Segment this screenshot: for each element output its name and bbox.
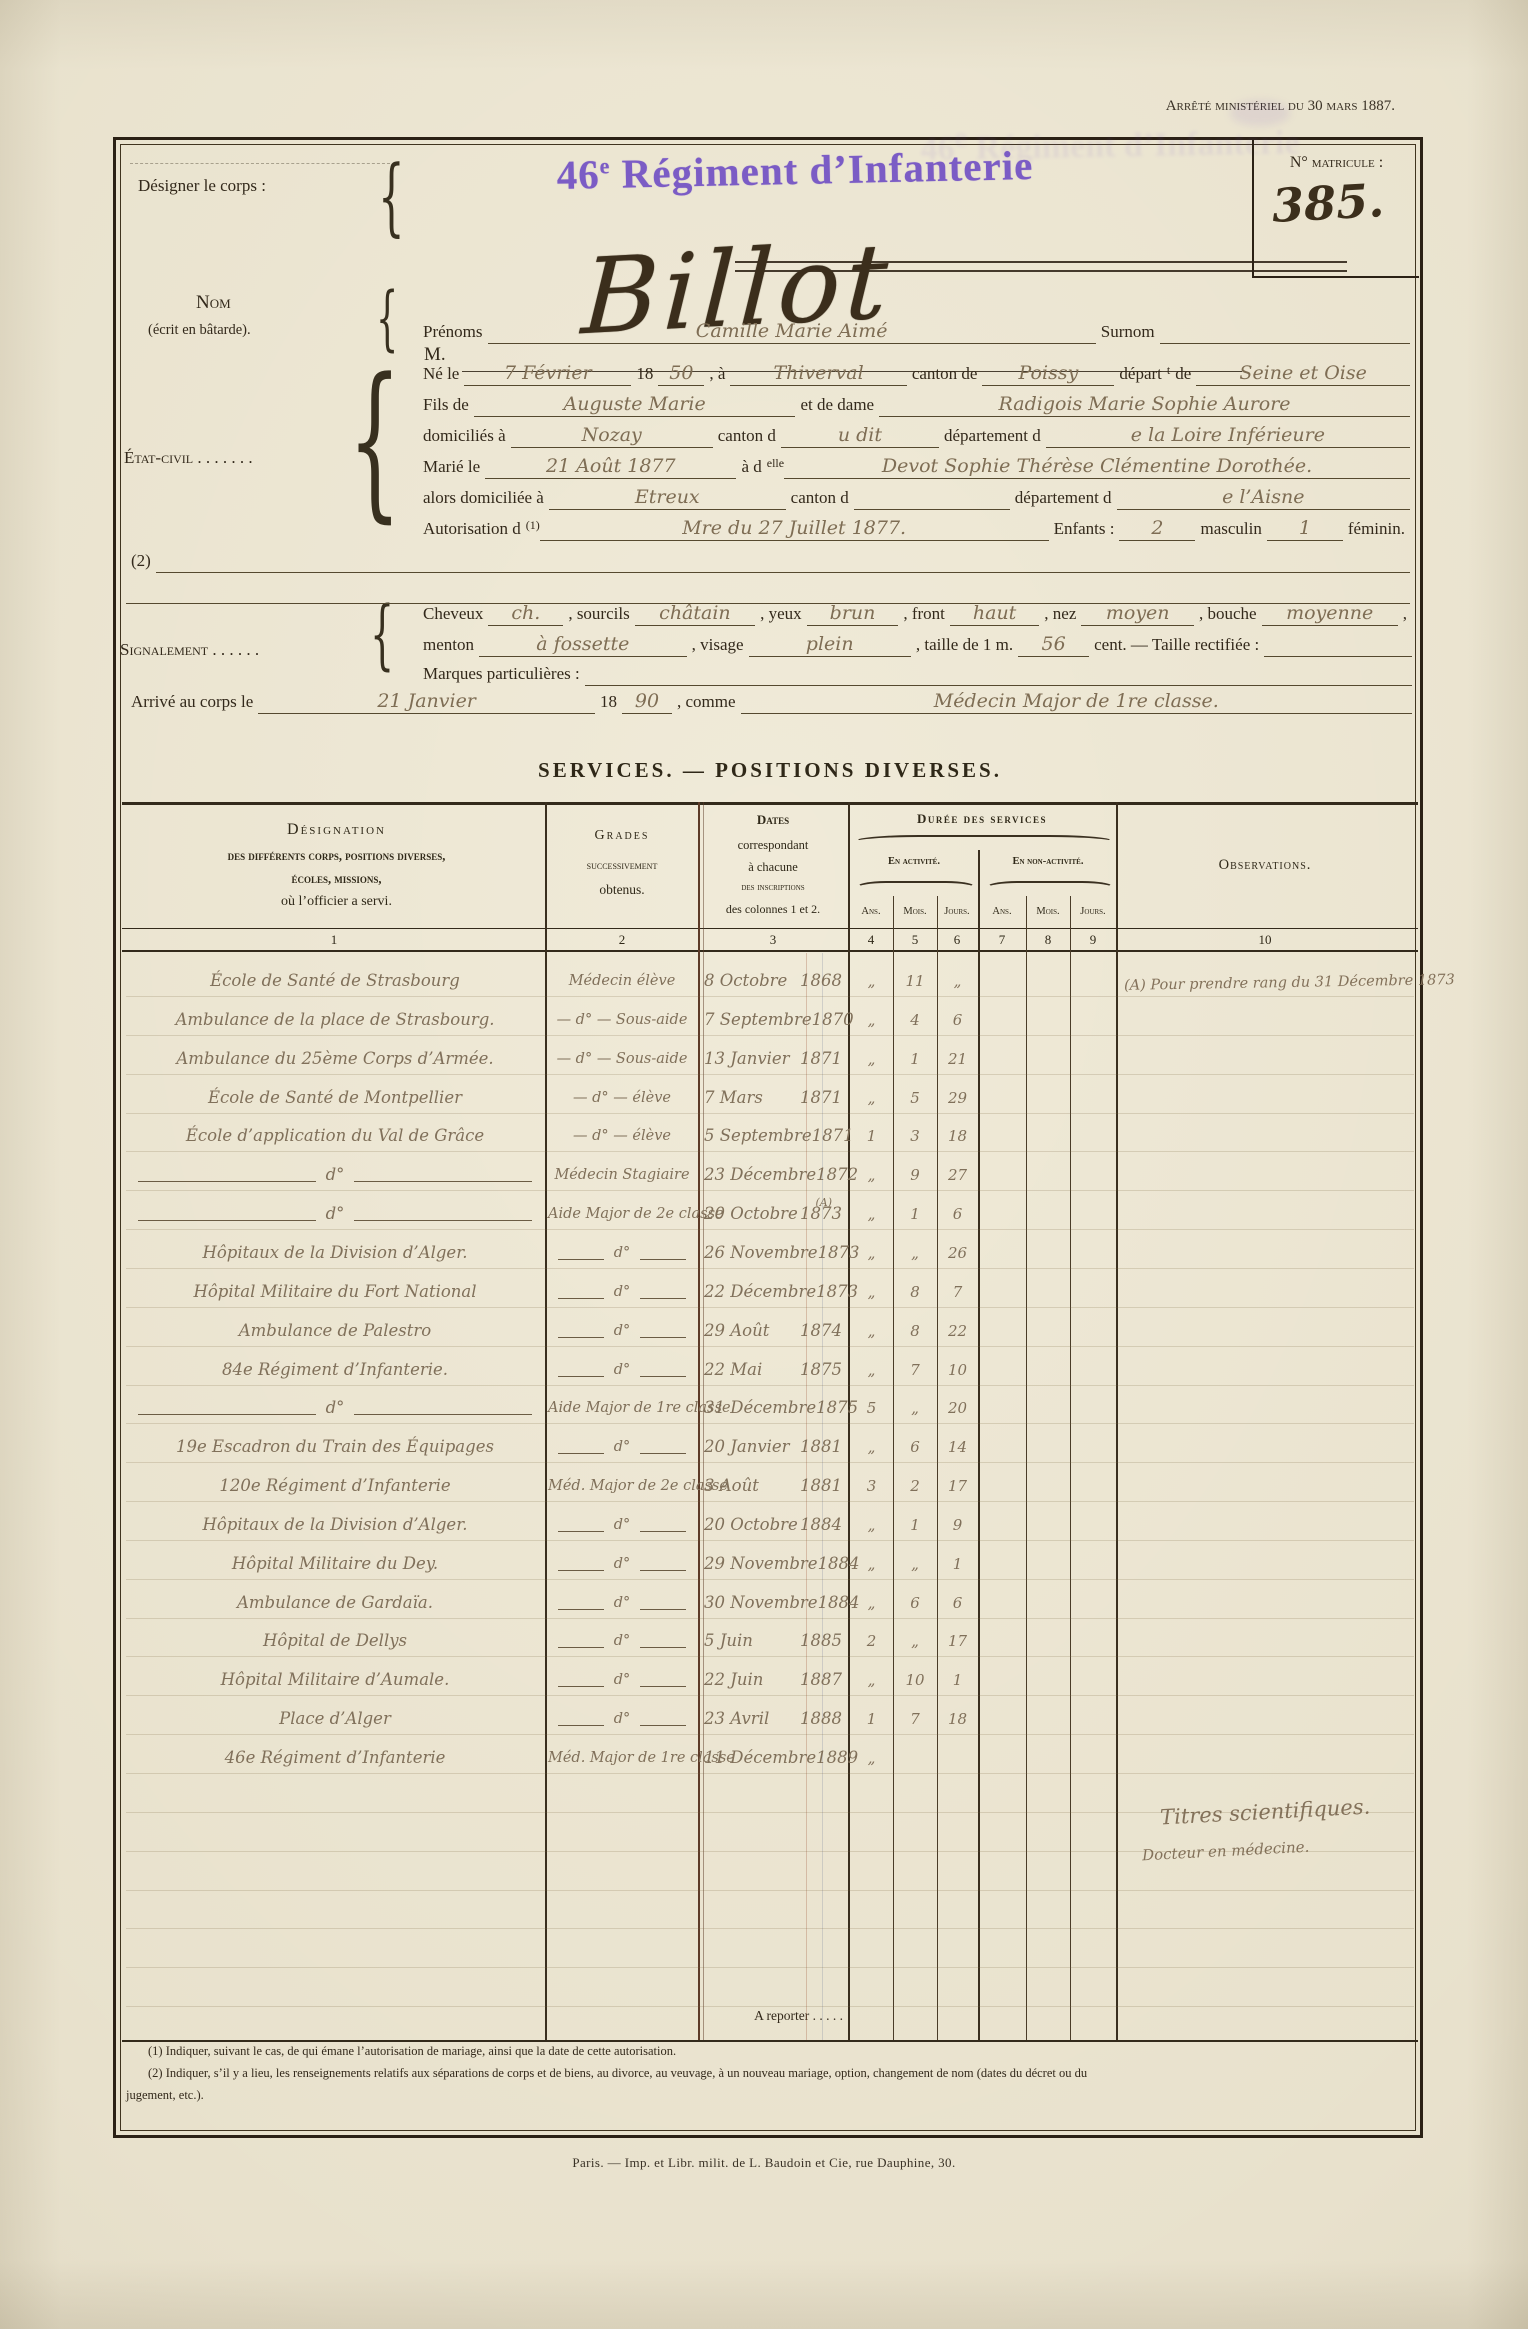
grade-cell: d° bbox=[548, 1238, 696, 1268]
table-vertical-line bbox=[545, 802, 547, 2040]
duration-value: 10 bbox=[937, 1355, 978, 1385]
duration-value: 9 bbox=[937, 1510, 978, 1540]
grade-cell: d° bbox=[548, 1316, 696, 1346]
handwritten-value: u dit bbox=[781, 424, 939, 448]
handwritten-value: Thiverval bbox=[730, 362, 906, 386]
printed-label: 18 bbox=[595, 690, 622, 714]
date-value: 22 Décembre bbox=[704, 1277, 816, 1307]
ditto-mark: d° bbox=[614, 1549, 631, 1579]
handwritten-value: à fossette bbox=[479, 633, 687, 657]
date-cell: 22 Décembre1873 bbox=[704, 1277, 842, 1307]
duration-value: 22 bbox=[937, 1316, 978, 1346]
duration-value: 1 bbox=[893, 1510, 937, 1540]
date-cell: 23 Avril1888 bbox=[704, 1704, 842, 1734]
grade-cell: — d° — Sous-aide bbox=[548, 1005, 696, 1035]
matricule-value: 385. bbox=[1271, 173, 1386, 233]
duration-value: 1 bbox=[850, 1121, 893, 1151]
feint-guide-line bbox=[126, 2006, 1414, 2007]
duree-header: Durée des services bbox=[850, 811, 1114, 827]
ditto-rule bbox=[558, 1375, 604, 1377]
table-horizontal-line bbox=[122, 928, 1418, 929]
year-value: 1881 bbox=[800, 1471, 842, 1501]
duration-value: 6 bbox=[893, 1588, 937, 1618]
feint-guide-line bbox=[126, 1618, 1414, 1619]
printed-label: , sourcils bbox=[563, 602, 634, 626]
form-line: Marié le21 Août 1877à delleDevot Sophie … bbox=[418, 451, 1410, 479]
printed-label: canton d bbox=[713, 424, 781, 448]
ditto-rule bbox=[558, 1646, 604, 1648]
footnote-1: (1) Indiquer, suivant le cas, de qui éma… bbox=[148, 2044, 676, 2059]
printed-label: et de dame bbox=[795, 393, 879, 417]
ditto-rule bbox=[640, 1297, 686, 1299]
duration-value: „ bbox=[937, 966, 978, 996]
date-value: 30 Novembre bbox=[704, 1588, 818, 1618]
date-value: 7 Septembre bbox=[704, 1005, 812, 1035]
grade-cell: Médecin Stagiaire bbox=[548, 1160, 696, 1190]
date-value: 7 Mars bbox=[704, 1083, 763, 1113]
stamp-number: 46 bbox=[556, 151, 600, 198]
duration-value: 11 bbox=[893, 966, 937, 996]
ditto-mark: d° bbox=[614, 1510, 631, 1540]
duration-unit-label: Ans. bbox=[978, 906, 1026, 917]
form-line: domiciliés àNozaycanton du ditdépartemen… bbox=[418, 420, 1410, 448]
grade-cell: — d° — élève bbox=[548, 1121, 696, 1151]
handwritten-value: Médecin Major de 1re classe. bbox=[741, 690, 1412, 714]
printed-superscript: elle bbox=[767, 456, 784, 471]
ditto-rule bbox=[138, 1413, 316, 1415]
printed-label: à d bbox=[736, 455, 766, 479]
duration-value: „ bbox=[893, 1549, 937, 1579]
feint-guide-line bbox=[126, 1967, 1414, 1968]
ditto-mark: d° bbox=[614, 1432, 631, 1462]
column-number: 3 bbox=[749, 932, 797, 948]
form-line: PrénomsCamille Marie AiméSurnom bbox=[418, 316, 1410, 344]
grade-cell: d° bbox=[548, 1704, 696, 1734]
form-line: Marques particulières : bbox=[418, 658, 1412, 686]
printed-label: Cheveux bbox=[418, 602, 488, 626]
nom-label: Nom bbox=[196, 292, 231, 314]
printed-label: de bbox=[1170, 362, 1196, 386]
feint-guide-line bbox=[126, 1928, 1414, 1929]
grade-cell: d° bbox=[548, 1626, 696, 1656]
duration-value: „ bbox=[850, 1432, 893, 1462]
designation-cell: Ambulance du 25ème Corps d’Armée. bbox=[128, 1044, 542, 1074]
date-value: 20 Janvier bbox=[704, 1432, 790, 1462]
column-number: 2 bbox=[598, 932, 646, 948]
brace-etat-civil bbox=[348, 348, 401, 533]
date-cell: 29 Novembre1884 bbox=[704, 1549, 842, 1579]
feint-guide-line bbox=[126, 1540, 1414, 1541]
stamp-text: Régiment d’Infanterie bbox=[610, 142, 1034, 197]
date-cell: 11 Décembre1889 bbox=[704, 1743, 842, 1773]
printed-label: , comme bbox=[672, 690, 741, 714]
date-value: 29 Août bbox=[704, 1316, 769, 1346]
year-value: 1888 bbox=[800, 1704, 842, 1734]
ditto-rule bbox=[558, 1258, 604, 1260]
date-value: 20 Octobre bbox=[704, 1510, 798, 1540]
handwritten-value: e la Loire Inférieure bbox=[1046, 424, 1410, 448]
date-cell: 20 Octobre1884 bbox=[704, 1510, 842, 1540]
table-vertical-line bbox=[978, 850, 980, 2040]
date-value: 23 Décembre bbox=[704, 1160, 816, 1190]
grade-cell: d° bbox=[548, 1549, 696, 1579]
duration-value: „ bbox=[850, 1044, 893, 1074]
ministerial-decree-note: Arrêté ministériel du 30 mars 1887. bbox=[1035, 98, 1395, 115]
printed-label: Marié le bbox=[418, 455, 485, 479]
printer-imprint: Paris. — Imp. et Libr. milit. de L. Baud… bbox=[0, 2155, 1528, 2171]
ditto-mark: d° bbox=[614, 1626, 631, 1656]
year-value: 1874 bbox=[800, 1316, 842, 1346]
matricule-label: N° matricule : bbox=[1254, 154, 1419, 172]
duration-value: „ bbox=[850, 1510, 893, 1540]
designation-cell: 19e Escadron du Train des Équipages bbox=[128, 1432, 542, 1462]
col2-sub1: successivement bbox=[548, 860, 696, 872]
handwritten-value: Radigois Marie Sophie Aurore bbox=[879, 393, 1410, 417]
date-value: 22 Juin bbox=[704, 1665, 763, 1695]
rank-note-mark: (A) bbox=[815, 1188, 832, 1218]
table-vertical-line bbox=[1026, 896, 1027, 2040]
activite-brace bbox=[856, 881, 976, 894]
ditto-rule bbox=[640, 1569, 686, 1571]
table-horizontal-line bbox=[122, 2040, 1418, 2042]
duration-value: „ bbox=[850, 1316, 893, 1346]
date-cell: 5 Septembre1871 bbox=[704, 1121, 842, 1151]
ditto-mark: d° bbox=[614, 1704, 631, 1734]
feint-guide-line bbox=[126, 1268, 1414, 1269]
non-activite-header: En non-activité. bbox=[980, 856, 1116, 867]
printed-label: , yeux bbox=[755, 602, 807, 626]
designation-cell: Hôpitaux de la Division d’Alger. bbox=[128, 1238, 542, 1268]
column-number: 8 bbox=[1024, 932, 1072, 948]
year-value: 1885 bbox=[800, 1626, 842, 1656]
column-number: 9 bbox=[1069, 932, 1117, 948]
printed-label: cent. — Taille rectifiée : bbox=[1089, 633, 1264, 657]
year-value: 1884 bbox=[800, 1510, 842, 1540]
duration-value: 6 bbox=[937, 1199, 978, 1229]
handwritten-value: 1 bbox=[1267, 517, 1343, 541]
form-line: mentonà fossette, visageplein, taille de… bbox=[418, 629, 1412, 657]
printed-label: féminin. bbox=[1343, 517, 1410, 541]
feint-guide-line bbox=[126, 1113, 1414, 1114]
duration-value: „ bbox=[850, 1665, 893, 1695]
duration-value: 1 bbox=[850, 1704, 893, 1734]
column-number: 10 bbox=[1241, 932, 1289, 948]
ditto-rule bbox=[558, 1452, 604, 1454]
printed-label: Né le bbox=[418, 362, 464, 386]
reporter-label: A reporter . . . . . bbox=[695, 2008, 843, 2024]
duration-value: „ bbox=[893, 1238, 937, 1268]
feint-guide-line bbox=[126, 1229, 1414, 1230]
col2-sub2: obtenus. bbox=[548, 882, 696, 898]
printed-label: Enfants : bbox=[1049, 517, 1120, 541]
ditto-rule bbox=[640, 1336, 686, 1338]
duration-value: 7 bbox=[937, 1277, 978, 1307]
grade-cell: — d° — Sous-aide bbox=[548, 1044, 696, 1074]
handwritten-value: 56 bbox=[1018, 633, 1089, 657]
duration-value: 3 bbox=[850, 1471, 893, 1501]
ditto-rule bbox=[558, 1530, 604, 1532]
grade-cell: d° bbox=[548, 1665, 696, 1695]
table-horizontal-line bbox=[122, 802, 1418, 805]
ditto-rule bbox=[640, 1530, 686, 1532]
handwritten-value: 7 Février bbox=[464, 362, 631, 386]
form-line: Arrivé au corps le21 Janvier1890, commeM… bbox=[126, 686, 1412, 714]
col3-sub3: des inscriptions bbox=[700, 882, 846, 893]
grade-cell: Aide Major de 2e classe bbox=[548, 1199, 696, 1229]
duration-value: 18 bbox=[937, 1121, 978, 1151]
grade-cell: — d° — élève bbox=[548, 1083, 696, 1113]
duration-unit-label: Jours. bbox=[1069, 906, 1117, 917]
column-number: 5 bbox=[891, 932, 939, 948]
duration-value: „ bbox=[850, 1743, 893, 1773]
printed-label: département d bbox=[1010, 486, 1117, 510]
duration-value: „ bbox=[850, 1160, 893, 1190]
feint-guide-line bbox=[126, 1307, 1414, 1308]
handwritten-value: moyenne bbox=[1262, 602, 1398, 626]
date-cell: 31 Décembre1875 bbox=[704, 1393, 842, 1423]
form-line: Fils deAuguste Marieet de dameRadigois M… bbox=[418, 389, 1410, 417]
ditto-rule bbox=[640, 1608, 686, 1610]
designation-cell: 120e Régiment d’Infanterie bbox=[128, 1471, 542, 1501]
year-value: 1887 bbox=[800, 1665, 842, 1695]
duration-value: 4 bbox=[893, 1005, 937, 1035]
duration-unit-label: Mois. bbox=[891, 906, 939, 917]
designation-cell: Place d’Alger bbox=[128, 1704, 542, 1734]
ditto-mark: d° bbox=[326, 1199, 345, 1229]
year-value: 1871 bbox=[800, 1083, 842, 1113]
col1-sub3: où l’officier a servi. bbox=[128, 894, 545, 910]
date-cell: 3 Août1881 bbox=[704, 1471, 842, 1501]
printed-label: , bbox=[1398, 602, 1412, 626]
duration-value: „ bbox=[850, 1588, 893, 1618]
table-title: SERVICES. — POSITIONS DIVERSES. bbox=[420, 758, 1120, 783]
handwritten-value: 90 bbox=[622, 690, 672, 714]
printed-label: , taille de 1 m. bbox=[911, 633, 1018, 657]
blank-line bbox=[156, 548, 1410, 573]
ink-smudge bbox=[1230, 100, 1290, 126]
date-cell: 22 Juin1887 bbox=[704, 1665, 842, 1695]
date-cell: 29 Août1874 bbox=[704, 1316, 842, 1346]
year-value: 1871 bbox=[800, 1044, 842, 1074]
duration-value: 17 bbox=[937, 1626, 978, 1656]
printed-label: , à bbox=[704, 362, 730, 386]
grade-cell: d° bbox=[548, 1432, 696, 1462]
duration-value: 5 bbox=[850, 1393, 893, 1423]
printed-label: (2) bbox=[126, 549, 156, 573]
feint-guide-line bbox=[126, 1695, 1414, 1696]
designation-cell: 46e Régiment d’Infanterie bbox=[128, 1743, 542, 1773]
column-number: 6 bbox=[933, 932, 981, 948]
activite-header: En activité. bbox=[850, 856, 978, 867]
duration-value: „ bbox=[850, 1549, 893, 1579]
duration-value: „ bbox=[850, 1277, 893, 1307]
printed-superscript: (1) bbox=[526, 518, 540, 533]
duration-value: 17 bbox=[937, 1471, 978, 1501]
feint-guide-line bbox=[126, 1656, 1414, 1657]
duration-unit-label: Mois. bbox=[1024, 906, 1072, 917]
feint-guide-line bbox=[126, 1579, 1414, 1580]
date-value: 5 Juin bbox=[704, 1626, 753, 1656]
printed-label: Marques particulières : bbox=[418, 662, 585, 686]
designation-cell: Hôpital Militaire d’Aumale. bbox=[128, 1665, 542, 1695]
duration-value: 21 bbox=[937, 1044, 978, 1074]
printed-label: département d bbox=[939, 424, 1046, 448]
date-cell: 5 Juin1885 bbox=[704, 1626, 842, 1656]
ditto-mark: d° bbox=[326, 1393, 345, 1423]
printed-label: , front bbox=[898, 602, 950, 626]
blank-line bbox=[854, 485, 1010, 510]
blank-line bbox=[1264, 632, 1412, 657]
grade-cell: d° bbox=[548, 1355, 696, 1385]
date-value: 11 Décembre bbox=[704, 1743, 816, 1773]
col1-sub2: écoles, missions, bbox=[128, 872, 545, 887]
year-value: 1870 bbox=[812, 1005, 854, 1035]
table-horizontal-line bbox=[122, 950, 1418, 952]
printed-label: canton de bbox=[907, 362, 983, 386]
date-value: 20 Octobre bbox=[704, 1199, 798, 1229]
duration-value: 20 bbox=[937, 1393, 978, 1423]
date-cell: 30 Novembre1884 bbox=[704, 1588, 842, 1618]
date-value: 8 Octobre bbox=[704, 966, 787, 996]
ditto-mark: d° bbox=[614, 1238, 631, 1268]
ditto-rule bbox=[640, 1258, 686, 1260]
observations-header: Observations. bbox=[1118, 857, 1412, 874]
duration-value: 1 bbox=[893, 1199, 937, 1229]
duration-value: 26 bbox=[937, 1238, 978, 1268]
date-cell: 26 Novembre1873 bbox=[704, 1238, 842, 1268]
printed-label: alors domiciliée à bbox=[418, 486, 549, 510]
date-value: 5 Septembre bbox=[704, 1121, 812, 1151]
signalement-label: Signalement . . . . . . bbox=[120, 640, 259, 660]
handwritten-value: 50 bbox=[658, 362, 704, 386]
feint-guide-line bbox=[126, 1890, 1414, 1891]
handwritten-value: brun bbox=[807, 602, 899, 626]
grade-cell: Aide Major de 1re classe bbox=[548, 1393, 696, 1423]
date-cell: 22 Mai1875 bbox=[704, 1355, 842, 1385]
ditto-rule bbox=[354, 1219, 532, 1221]
duration-value: 2 bbox=[893, 1471, 937, 1501]
feint-guide-line bbox=[126, 1074, 1414, 1075]
ditto-rule bbox=[640, 1375, 686, 1377]
duration-value: 6 bbox=[937, 1005, 978, 1035]
duration-unit-label: Ans. bbox=[847, 906, 895, 917]
feint-guide-line bbox=[126, 1851, 1414, 1852]
handwritten-value: Mre du 27 Juillet 1877. bbox=[540, 517, 1049, 541]
feint-guide-line bbox=[126, 1190, 1414, 1191]
form-line: alors domiciliée àEtreuxcanton ddépartem… bbox=[418, 482, 1410, 510]
ditto-rule bbox=[640, 1685, 686, 1687]
designation-cell: École de Santé de Strasbourg bbox=[128, 966, 542, 996]
duration-value: 10 bbox=[893, 1665, 937, 1695]
duration-value: 27 bbox=[937, 1160, 978, 1190]
ditto-rule bbox=[558, 1685, 604, 1687]
brace-corps bbox=[378, 150, 405, 242]
handwritten-value: e l’Aisne bbox=[1117, 486, 1410, 510]
handwritten-value: Poissy bbox=[982, 362, 1114, 386]
duration-value: 29 bbox=[937, 1083, 978, 1113]
feint-guide-line bbox=[126, 1773, 1414, 1774]
form-line: Né le7 Février1850, àThivervalcanton deP… bbox=[418, 358, 1410, 386]
printed-label: , visage bbox=[687, 633, 749, 657]
handwritten-value: 21 Août 1877 bbox=[485, 455, 736, 479]
handwritten-value: ch. bbox=[488, 602, 563, 626]
duration-value: „ bbox=[850, 1005, 893, 1035]
duration-value: 8 bbox=[893, 1316, 937, 1346]
blank-line bbox=[1160, 319, 1410, 344]
col1-header: Désignation bbox=[128, 821, 545, 839]
duration-value: 5 bbox=[893, 1083, 937, 1113]
printed-label: Autorisation d bbox=[418, 517, 526, 541]
date-value: 22 Mai bbox=[704, 1355, 762, 1385]
duration-value: 7 bbox=[893, 1704, 937, 1734]
feint-guide-line bbox=[126, 1501, 1414, 1502]
date-value: 29 Novembre bbox=[704, 1549, 818, 1579]
table-vertical-line bbox=[1116, 802, 1118, 2040]
feint-guide-line bbox=[126, 1734, 1414, 1735]
duration-value: 1 bbox=[937, 1549, 978, 1579]
duration-value: „ bbox=[850, 1355, 893, 1385]
date-value: 26 Novembre bbox=[704, 1238, 818, 1268]
duration-value: 8 bbox=[893, 1277, 937, 1307]
ditto-rule bbox=[354, 1413, 532, 1415]
col2-header: Grades bbox=[548, 828, 696, 844]
printed-label: , nez bbox=[1039, 602, 1081, 626]
designation-cell: d° bbox=[128, 1160, 542, 1190]
printed-label: Surnom bbox=[1096, 320, 1160, 344]
grade-cell: d° bbox=[548, 1588, 696, 1618]
col3-sub2: à chacune bbox=[700, 860, 846, 875]
duration-value: „ bbox=[850, 1238, 893, 1268]
duration-value: „ bbox=[850, 1199, 893, 1229]
printed-label: canton d bbox=[786, 486, 854, 510]
non-activite-brace bbox=[986, 881, 1114, 894]
grade-cell: Méd. Major de 1re classe bbox=[548, 1743, 696, 1773]
year-value: 1875 bbox=[800, 1355, 842, 1385]
duration-value: 9 bbox=[893, 1160, 937, 1190]
designation-cell: Ambulance de Gardaïa. bbox=[128, 1588, 542, 1618]
feint-guide-line bbox=[126, 1385, 1414, 1386]
ditto-rule bbox=[640, 1646, 686, 1648]
year-value: 1868 bbox=[800, 966, 842, 996]
form-line: (2) bbox=[126, 545, 1410, 573]
feint-guide-line bbox=[126, 1035, 1414, 1036]
date-cell: 7 Mars1871 bbox=[704, 1083, 842, 1113]
feint-guide-line bbox=[126, 1151, 1414, 1152]
handwritten-value: 21 Janvier bbox=[258, 690, 595, 714]
ditto-mark: d° bbox=[614, 1665, 631, 1695]
grade-cell: d° bbox=[548, 1510, 696, 1540]
designation-cell: Hôpital Militaire du Dey. bbox=[128, 1549, 542, 1579]
grade-cell: Méd. Major de 2e classe bbox=[548, 1471, 696, 1501]
feint-guide-line bbox=[126, 1462, 1414, 1463]
date-cell: 8 Octobre1868 bbox=[704, 966, 842, 996]
table-vertical-line bbox=[698, 802, 700, 2040]
duree-brace bbox=[854, 835, 1114, 848]
ditto-mark: d° bbox=[614, 1588, 631, 1618]
duration-value: 6 bbox=[937, 1588, 978, 1618]
blank-line bbox=[585, 661, 1412, 686]
handwritten-value: Auguste Marie bbox=[474, 393, 796, 417]
handwritten-value: Devot Sophie Thérèse Clémentine Dorothée… bbox=[784, 455, 1410, 479]
ditto-rule bbox=[354, 1180, 532, 1182]
ditto-mark: d° bbox=[614, 1277, 631, 1307]
printed-label: Fils de bbox=[418, 393, 474, 417]
designation-cell: d° bbox=[128, 1199, 542, 1229]
pencil-mark bbox=[130, 163, 390, 164]
handwritten-value: moyen bbox=[1081, 602, 1194, 626]
printed-label: Prénoms bbox=[418, 320, 488, 344]
form-line: Cheveuxch., sourcilschâtain, yeuxbrun, f… bbox=[418, 598, 1412, 626]
